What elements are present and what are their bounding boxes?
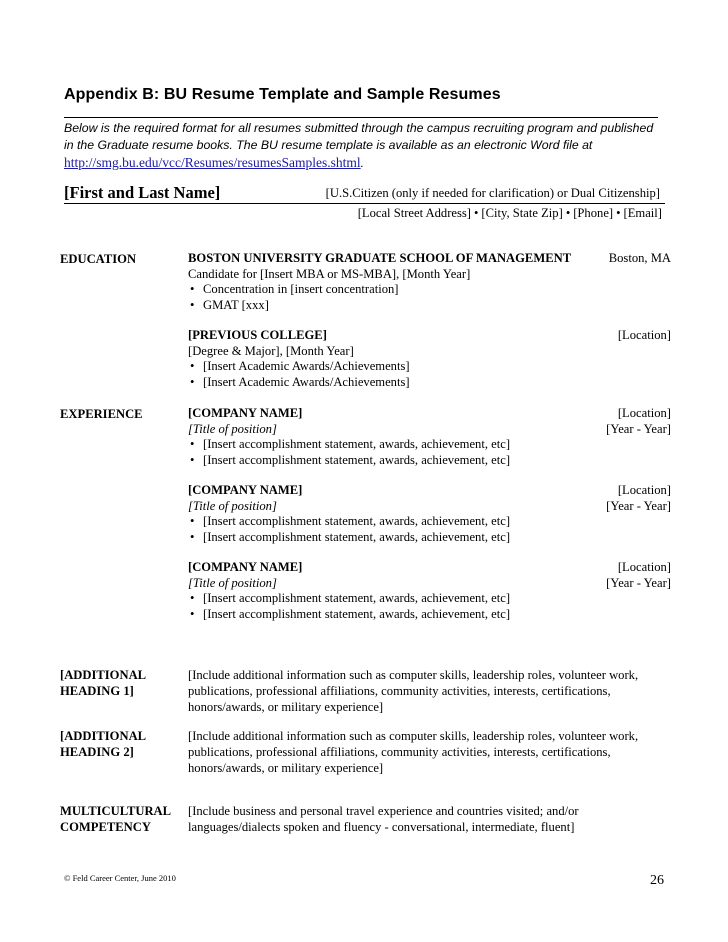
company-location: [Location] [618,560,671,576]
label-line: HEADING 1] [60,683,146,699]
position-title: [Title of position] [188,422,277,438]
intro-paragraph: Below is the required format for all res… [64,120,664,172]
school-location: Boston, MA [609,251,671,267]
education-entry: [PREVIOUS COLLEGE] [Location] [Degree & … [188,328,671,390]
name-divider [64,203,665,204]
citizenship-note: [U.S.Citizen (only if needed for clarifi… [326,186,660,201]
bullet-separator: • [566,206,570,221]
company-name: [COMPANY NAME] [188,560,302,576]
document-page: Appendix B: BU Resume Template and Sampl… [0,0,728,942]
education-bullet: GMAT [xxx] [188,298,671,314]
experience-entry: [COMPANY NAME] [Location] [Title of posi… [188,483,671,545]
school-name: BOSTON UNIVERSITY GRADUATE SCHOOL OF MAN… [188,251,571,267]
position-title: [Title of position] [188,499,277,515]
intro-link-suffix: . [361,156,364,170]
company-name: [COMPANY NAME] [188,483,302,499]
section-label-multicultural: MULTICULTURAL COMPETENCY [60,803,171,835]
position-dates: [Year - Year] [606,499,671,515]
company-location: [Location] [618,406,671,422]
school-location: [Location] [618,328,671,344]
position-title: [Title of position] [188,576,277,592]
position-dates: [Year - Year] [606,576,671,592]
page-number: 26 [650,873,664,889]
degree-line: Candidate for [Insert MBA or MS-MBA], [M… [188,267,671,283]
experience-entry: [COMPANY NAME] [Location] [Title of posi… [188,560,671,622]
company-location: [Location] [618,483,671,499]
bullet-separator: • [474,206,478,221]
experience-bullet: [Insert accomplishment statement, awards… [188,591,671,607]
education-entry: BOSTON UNIVERSITY GRADUATE SCHOOL OF MAN… [188,251,671,313]
intro-text: Below is the required format for all res… [64,121,653,152]
additional-1-text: [Include additional information such as … [188,667,668,715]
bullet-separator: • [616,206,620,221]
section-label-education: EDUCATION [60,251,136,267]
label-line: MULTICULTURAL [60,803,171,819]
appendix-title: Appendix B: BU Resume Template and Sampl… [64,86,501,104]
additional-2-text: [Include additional information such as … [188,728,668,776]
school-name: [PREVIOUS COLLEGE] [188,328,327,344]
resume-name: [First and Last Name] [64,183,220,203]
education-bullet: [Insert Academic Awards/Achievements] [188,375,671,391]
education-bullet: Concentration in [insert concentration] [188,282,671,298]
label-line: COMPETENCY [60,819,171,835]
contact-address: [Local Street Address] [358,206,471,220]
experience-bullet: [Insert accomplishment statement, awards… [188,530,671,546]
degree-line: [Degree & Major], [Month Year] [188,344,671,360]
label-line: HEADING 2] [60,744,146,760]
contact-phone: [Phone] [573,206,613,220]
contact-line: [Local Street Address]•[City, State Zip]… [358,206,662,221]
template-link[interactable]: http://smg.bu.edu/vcc/Resumes/resumesSam… [64,155,361,170]
label-line: [ADDITIONAL [60,728,146,744]
title-divider [64,117,658,118]
experience-bullet: [Insert accomplishment statement, awards… [188,607,671,623]
section-label-experience: EXPERIENCE [60,406,143,422]
position-dates: [Year - Year] [606,422,671,438]
label-line: [ADDITIONAL [60,667,146,683]
section-label-additional-1: [ADDITIONAL HEADING 1] [60,667,146,699]
company-name: [COMPANY NAME] [188,406,302,422]
experience-bullet: [Insert accomplishment statement, awards… [188,514,671,530]
experience-entry: [COMPANY NAME] [Location] [Title of posi… [188,406,671,468]
education-bullet: [Insert Academic Awards/Achievements] [188,359,671,375]
footer-copyright: © Feld Career Center, June 2010 [64,873,176,883]
experience-bullet: [Insert accomplishment statement, awards… [188,453,671,469]
contact-city: [City, State Zip] [481,206,562,220]
multicultural-text: [Include business and personal travel ex… [188,803,608,835]
experience-bullet: [Insert accomplishment statement, awards… [188,437,671,453]
section-label-additional-2: [ADDITIONAL HEADING 2] [60,728,146,760]
contact-email: [Email] [624,206,662,220]
